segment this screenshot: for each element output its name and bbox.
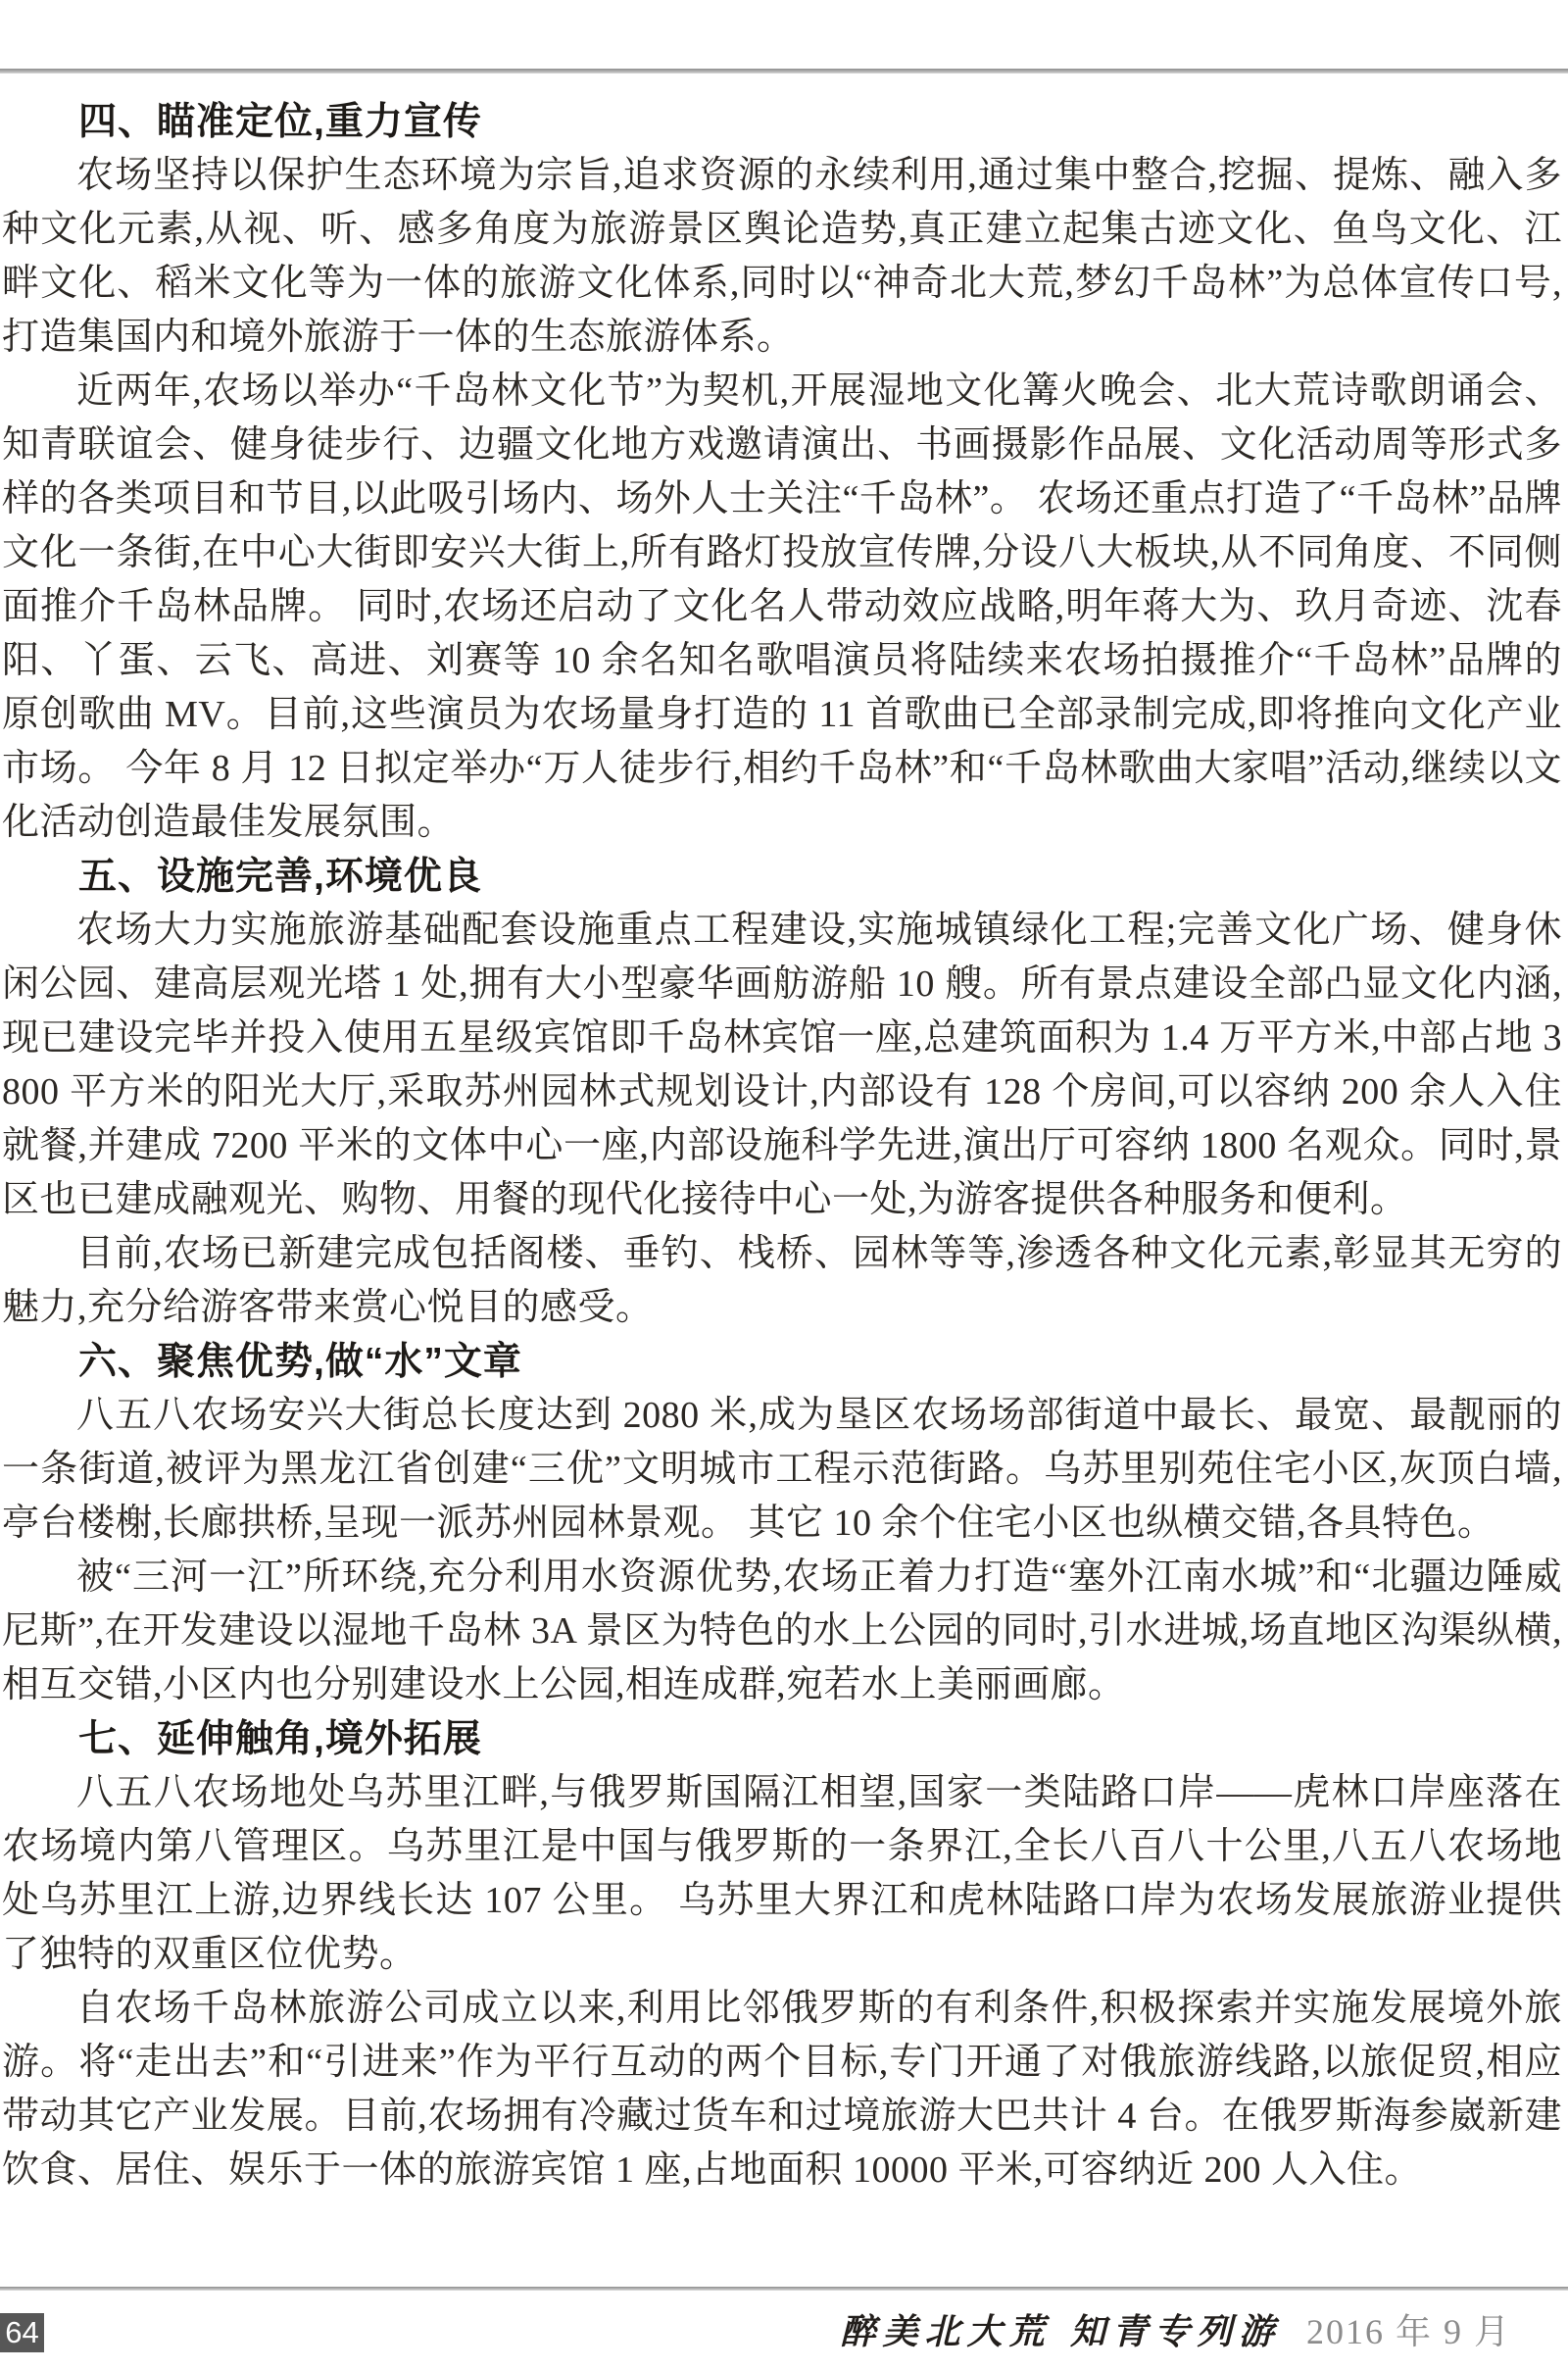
- paragraph: 目前,农场已新建完成包括阁楼、垂钓、栈桥、园林等等,渗透各种文化元素,彰显其无穷…: [2, 1227, 1562, 1335]
- journal-title: 醉美北大荒 知青专列游: [840, 2311, 1281, 2352]
- section-heading-5: 五、设施完善,环境优良: [2, 850, 1562, 904]
- header-rule: [0, 69, 1568, 74]
- paragraph: 被“三河一江”所环绕,充分利用水资源优势,农场正着力打造“塞外江南水城”和“北疆…: [2, 1551, 1562, 1712]
- paragraph: 农场大力实施旅游基础配套设施重点工程建设,实施城镇绿化工程;完善文化广场、健身休…: [2, 904, 1562, 1227]
- footer-meta: 醉美北大荒 知青专列游2016 年 9 月: [840, 2309, 1511, 2354]
- section-heading-4: 四、瞄准定位,重力宣传: [2, 95, 1562, 149]
- issue-date: 2016 年 9 月: [1306, 2312, 1511, 2351]
- paragraph: 近两年,农场以举办“千岛林文化节”为契机,开展湿地文化篝火晚会、北大荒诗歌朗诵会…: [2, 365, 1562, 850]
- paragraph: 自农场千岛林旅游公司成立以来,利用比邻俄罗斯的有利条件,积极探索并实施发展境外旅…: [2, 1982, 1562, 2197]
- page-number-badge: 64: [0, 2313, 44, 2352]
- section-heading-7: 七、延伸触角,境外拓展: [2, 1712, 1562, 1766]
- article-body: 四、瞄准定位,重力宣传 农场坚持以保护生态环境为宗旨,追求资源的永续利用,通过集…: [0, 95, 1564, 2197]
- paragraph: 农场坚持以保护生态环境为宗旨,追求资源的永续利用,通过集中整合,挖掘、提炼、融入…: [2, 149, 1562, 365]
- section-heading-6: 六、聚焦优势,做“水”文章: [2, 1335, 1562, 1389]
- paragraph: 八五八农场地处乌苏里江畔,与俄罗斯国隔江相望,国家一类陆路口岸——虎林口岸座落在…: [2, 1766, 1562, 1982]
- paragraph: 八五八农场安兴大街总长度达到 2080 米,成为垦区农场场部街道中最长、最宽、最…: [2, 1389, 1562, 1551]
- magazine-page: 四、瞄准定位,重力宣传 农场坚持以保护生态环境为宗旨,追求资源的永续利用,通过集…: [0, 0, 1568, 2370]
- footer-rule: [0, 2287, 1568, 2291]
